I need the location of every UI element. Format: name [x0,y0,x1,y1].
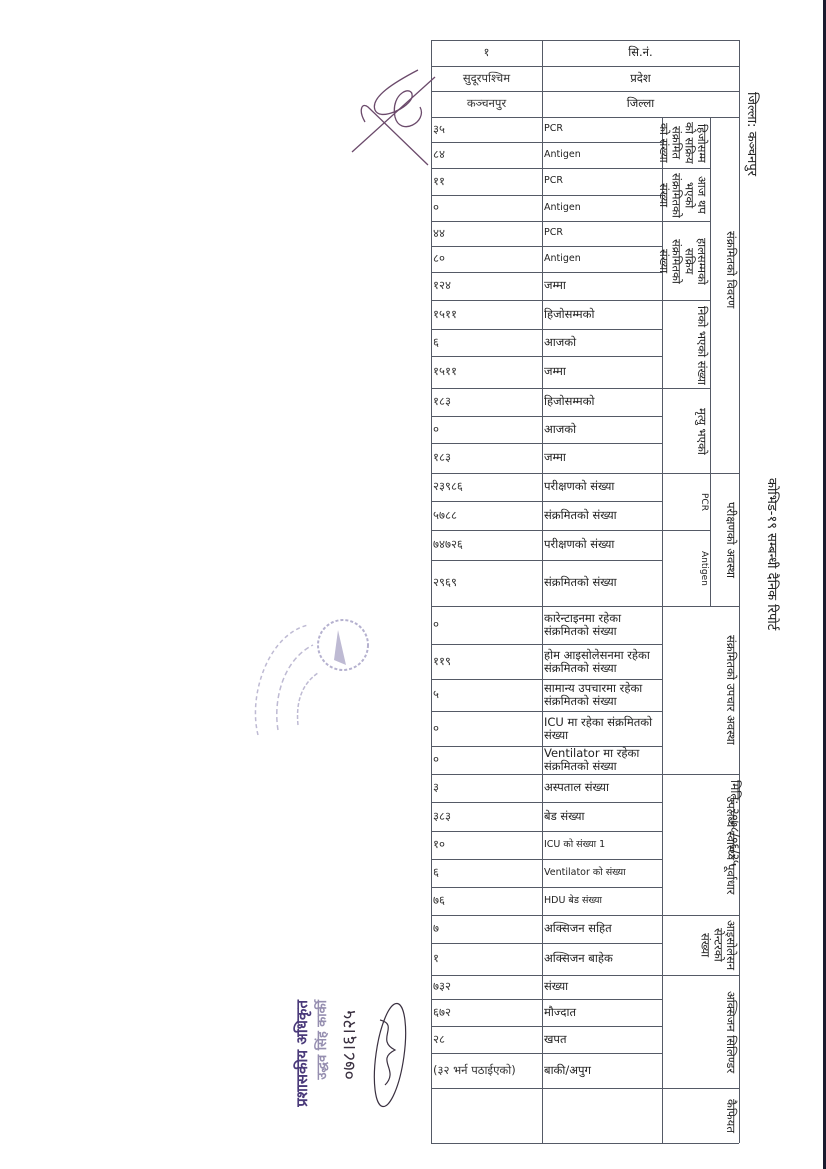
row-isolation-without-oxygen-label: अक्सिजन बाहेक [544,943,660,975]
section-oxygen-cylinders: अक्सिजन सिलिण्डर [682,980,737,1085]
row-icu-count-label: ICU को संख्या 1 [544,831,660,859]
row-divider [662,300,710,301]
row-divider [662,168,710,169]
officer-title-stamp: प्रशासकीय अधिकृत [292,1000,312,1107]
row-new-today-pcr-value: ११ [433,168,540,195]
row-icu-count-value: १० [433,831,540,859]
row-isolation-with-oxygen-label: अक्सिजन सहित [544,915,660,943]
row-icu-value: ० [433,711,540,746]
row-hospitals-value: ३ [433,774,540,802]
section-testing-status: परीक्षणको अवस्था [712,476,737,604]
row-beds-label: बेड संख्या [544,802,660,831]
group-deaths: मृत्यु भएको [664,392,708,470]
row-divider [662,774,739,775]
row-new-today-antigen-value: ० [433,195,540,221]
column-divider [542,40,543,1143]
row-ventilator-label: Ventilator मा रहेका संक्रमितको संख्या [544,746,660,774]
district-label: जिल्ला: कञ्चनपुर [742,92,760,176]
row-divider [662,221,710,222]
column-divider [710,117,711,606]
row-isolation-without-oxygen-value: १ [433,943,540,975]
row-divider [662,473,739,474]
row-beds-value: ३८३ [433,802,540,831]
row-active-yesterday-pcr-value: ३५ [433,117,540,142]
group-active-now: हालसम्मको सक्रिय संक्रमितको संख्या [664,225,708,297]
row-hdu-beds-value: ७६ [433,887,540,915]
row-new-today-antigen-label: Antigen [544,195,660,221]
row-ventilator-count-label: Ventilator को संख्या [544,859,660,887]
row-deaths-today-value: ० [433,416,540,443]
row-pcr-tests-value: २३९८६ [433,473,540,501]
row-cylinder-consumed-label: खपत [544,1026,660,1053]
row-divider [662,1088,739,1089]
row-divider [431,1143,739,1144]
row-active-now-antigen-label: Antigen [544,246,660,272]
row-deaths-yesterday-value: १८३ [433,388,540,416]
row-divider [662,530,710,531]
row-icu-label: ICU मा रहेका संक्रमितको संख्या [544,711,660,746]
row-ventilator-count-value: ६ [433,859,540,887]
section-remarks: कैफियत [682,1092,737,1140]
row-cylinder-consumed-value: २८ [433,1026,540,1053]
officer-name-stamp: उद्धव सिंह कार्की [314,1000,332,1080]
row-deaths-total-value: १८३ [433,443,540,473]
row-recovered-today-label: आजको [544,329,660,356]
row-cylinder-remaining-value: (३२ भर्न पठाईएको) [433,1053,540,1088]
row-pcr-infected-label: संक्रमितको संख्या [544,501,660,530]
row-recovered-total-label: जम्मा [544,356,660,388]
row-active-now-pcr-label: PCR [544,221,660,246]
row-hospitals-label: अस्पताल संख्या [544,774,660,802]
row-cylinder-count-value: ७३२ [433,975,540,999]
header-label: प्रदेश [542,66,739,91]
section-isolation-centers: आइसोलेसन सेन्टरको संख्या [670,918,737,972]
row-divider [662,388,710,389]
group-new-today: आज थप भएको संक्रमितको संख्या [664,170,708,220]
header-label: जिल्ला [542,91,739,117]
report-title: कोभिड-१९ सम्बन्धी दैनिक रिपोर्ट [762,478,780,630]
row-divider [662,606,739,607]
row-general-treatment-value: ५ [433,679,540,711]
row-home-isolation-label: होम आइसोलेसनमा रहेका संक्रमितको संख्या [544,644,660,679]
header-value: सुदूरपश्चिम [431,66,542,91]
group-recovered: निको भएको संख्या [664,305,708,385]
remarks-value [433,1088,660,1143]
section-infected-details: संक्रमितको विवरण [712,200,737,340]
row-deaths-today-label: आजको [544,416,660,443]
row-cylinder-remaining-label: बाकी/अपुग [544,1053,660,1088]
daily-report-table: १सि.नं.सुदूरपश्चिमप्रदेशकञ्चनपुरजिल्ला३५… [0,0,826,1169]
row-new-today-pcr-label: PCR [544,168,660,195]
header-value: १ [431,40,542,66]
header-label: सि.नं. [542,40,739,66]
official-seal-icon [238,605,378,745]
row-divider [662,915,739,916]
row-antigen-infected-label: संक्रमितको संख्या [544,560,660,606]
row-active-yesterday-antigen-value: ८४ [433,142,540,168]
row-recovered-total-value: १५११ [433,356,540,388]
row-cylinder-count-label: संख्या [544,975,660,999]
row-ventilator-value: ० [433,746,540,774]
row-general-treatment-label: सामान्य उपचारमा रहेका संक्रमितको संख्या [544,679,660,711]
row-isolation-with-oxygen-value: ७ [433,915,540,943]
row-recovered-yesterday-label: हिजोसम्मको [544,300,660,329]
row-quarantine-value: ० [433,606,540,644]
row-quarantine-label: कारेन्टाइनमा रहेका संक्रमितको संख्या [544,606,660,644]
group-pcr: PCR [664,476,708,528]
row-antigen-tests-label: परीक्षणको संख्या [544,530,660,560]
row-antigen-infected-value: २९६९ [433,560,540,606]
row-divider [662,975,739,976]
row-home-isolation-value: ११९ [433,644,540,679]
row-pcr-tests-label: परीक्षणको संख्या [544,473,660,501]
row-active-now-pcr-value: ४४ [433,221,540,246]
row-recovered-yesterday-value: १५११ [433,300,540,329]
signature-scribble-icon [340,62,440,172]
row-cylinder-stock-value: ६७२ [433,999,540,1026]
group-active-yesterday: हिजोसम्म को सक्रिय संक्रमित को संख्या [664,119,708,167]
row-pcr-infected-value: ५७८८ [433,501,540,530]
header-value: कञ्चनपुर [431,91,542,117]
column-divider [431,40,432,1143]
group-antigen: Antigen [664,533,708,603]
column-divider [739,40,740,1143]
row-active-now-antigen-value: ८० [433,246,540,272]
row-active-now-total-value: १२४ [433,272,540,300]
row-antigen-tests-value: ७४७२६ [433,530,540,560]
row-active-yesterday-pcr-label: PCR [544,117,660,142]
row-recovered-today-value: ६ [433,329,540,356]
report-date: मिति: २०७८/०६/२५ [727,780,744,866]
row-deaths-total-label: जम्मा [544,443,660,473]
row-deaths-yesterday-label: हिजोसम्मको [544,388,660,416]
section-treatment-status: संक्रमितको उपचार अवस्था [682,610,737,770]
signature-oval-icon [355,1000,415,1120]
row-active-yesterday-antigen-label: Antigen [544,142,660,168]
row-cylinder-stock-label: मौज्दात [544,999,660,1026]
row-hdu-beds-label: HDU बेड संख्या [544,887,660,915]
row-active-now-total-label: जम्मा [544,272,660,300]
